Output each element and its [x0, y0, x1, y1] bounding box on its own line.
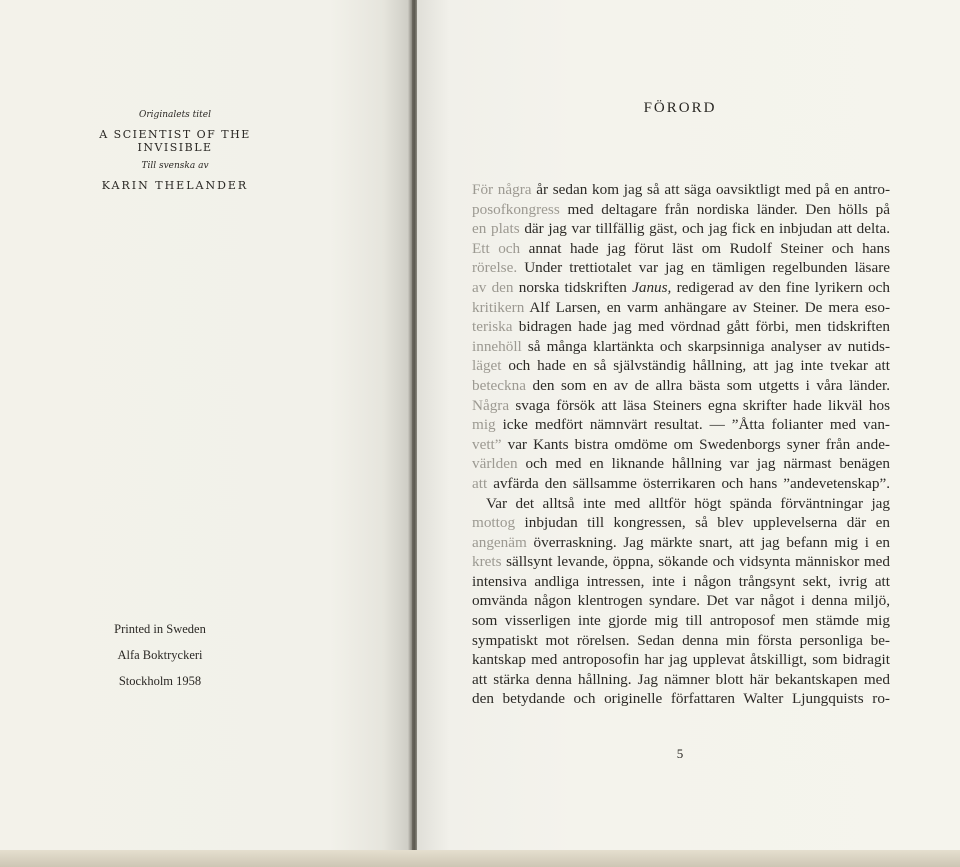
foreword-body: För några år sedan kom jag så att säga o… — [472, 180, 890, 709]
body-line: läget och hade en så självständig hållni… — [472, 356, 890, 376]
imprint-country: Printed in Sweden — [80, 622, 240, 637]
body-line: teriska bidragen hade jag med vördnad gå… — [472, 317, 890, 337]
body-line: vett” var Kants bistra omdöme om Swedenb… — [472, 435, 890, 455]
body-line: intensiva andliga intressen, inte i någo… — [472, 572, 890, 592]
body-line: krets sällsynt levande, öppna, sökande o… — [472, 552, 890, 572]
imprint-place-year: Stockholm 1958 — [80, 674, 240, 689]
body-line: att avfärda den sällsamme österrikaren o… — [472, 474, 890, 494]
body-line: att stärka denna hållning. Jag nämner bl… — [472, 670, 890, 690]
body-line: För några år sedan kom jag så att säga o… — [472, 180, 890, 200]
chapter-title: FÖRORD — [600, 100, 760, 117]
translator-name: KARIN THELANDER — [60, 179, 290, 192]
body-line: mottog inbjudan till kongressen, så blev… — [472, 513, 890, 533]
body-line: beteckna den som en av de allra bästa so… — [472, 376, 890, 396]
body-line: av den norska tidskriften Janus, rediger… — [472, 278, 890, 298]
body-line: mig icke medfört nämnvärt resultat. — ”Å… — [472, 415, 890, 435]
body-line: som visserligen inte gjorde mig till ant… — [472, 611, 890, 631]
body-line: innehöll så många klartänkta och skarpsi… — [472, 337, 890, 357]
page-number: 5 — [665, 746, 695, 762]
body-line: en plats där jag var tillfällig gäst, oc… — [472, 219, 890, 239]
page-bottom-edge — [0, 850, 960, 867]
body-line: Ett och annat hade jag förut läst om Rud… — [472, 239, 890, 259]
original-title: A SCIENTIST OF THE INVISIBLE — [60, 128, 290, 154]
body-line: den betydande och originelle författaren… — [472, 689, 890, 709]
imprint-printer: Alfa Boktryckeri — [80, 648, 240, 663]
body-line: världen och med en liknande hållning var… — [472, 454, 890, 474]
body-line: Var det alltså inte med alltför högt spä… — [472, 494, 890, 514]
left-page: Originalets titel A SCIENTIST OF THE INV… — [0, 0, 412, 852]
body-line: omvända någon klentrogen syndare. Det va… — [472, 591, 890, 611]
body-line: Några svaga försök att läsa Steiners egn… — [472, 396, 890, 416]
body-line: sympatiskt mot rörelsen. Sedan denna min… — [472, 631, 890, 651]
body-line: kritikern Alf Larsen, en varm anhängare … — [472, 298, 890, 318]
body-line: rörelse. Under trettiotalet var jag en t… — [472, 258, 890, 278]
body-line: posofkongress med deltagare från nordisk… — [472, 200, 890, 220]
original-title-label: Originalets titel — [60, 110, 290, 120]
body-line: angenäm överraskning. Jag märkte snart, … — [472, 533, 890, 553]
body-line: kantskap med antroposofin har jag upplev… — [472, 650, 890, 670]
translator-label: Till svenska av — [60, 161, 290, 171]
